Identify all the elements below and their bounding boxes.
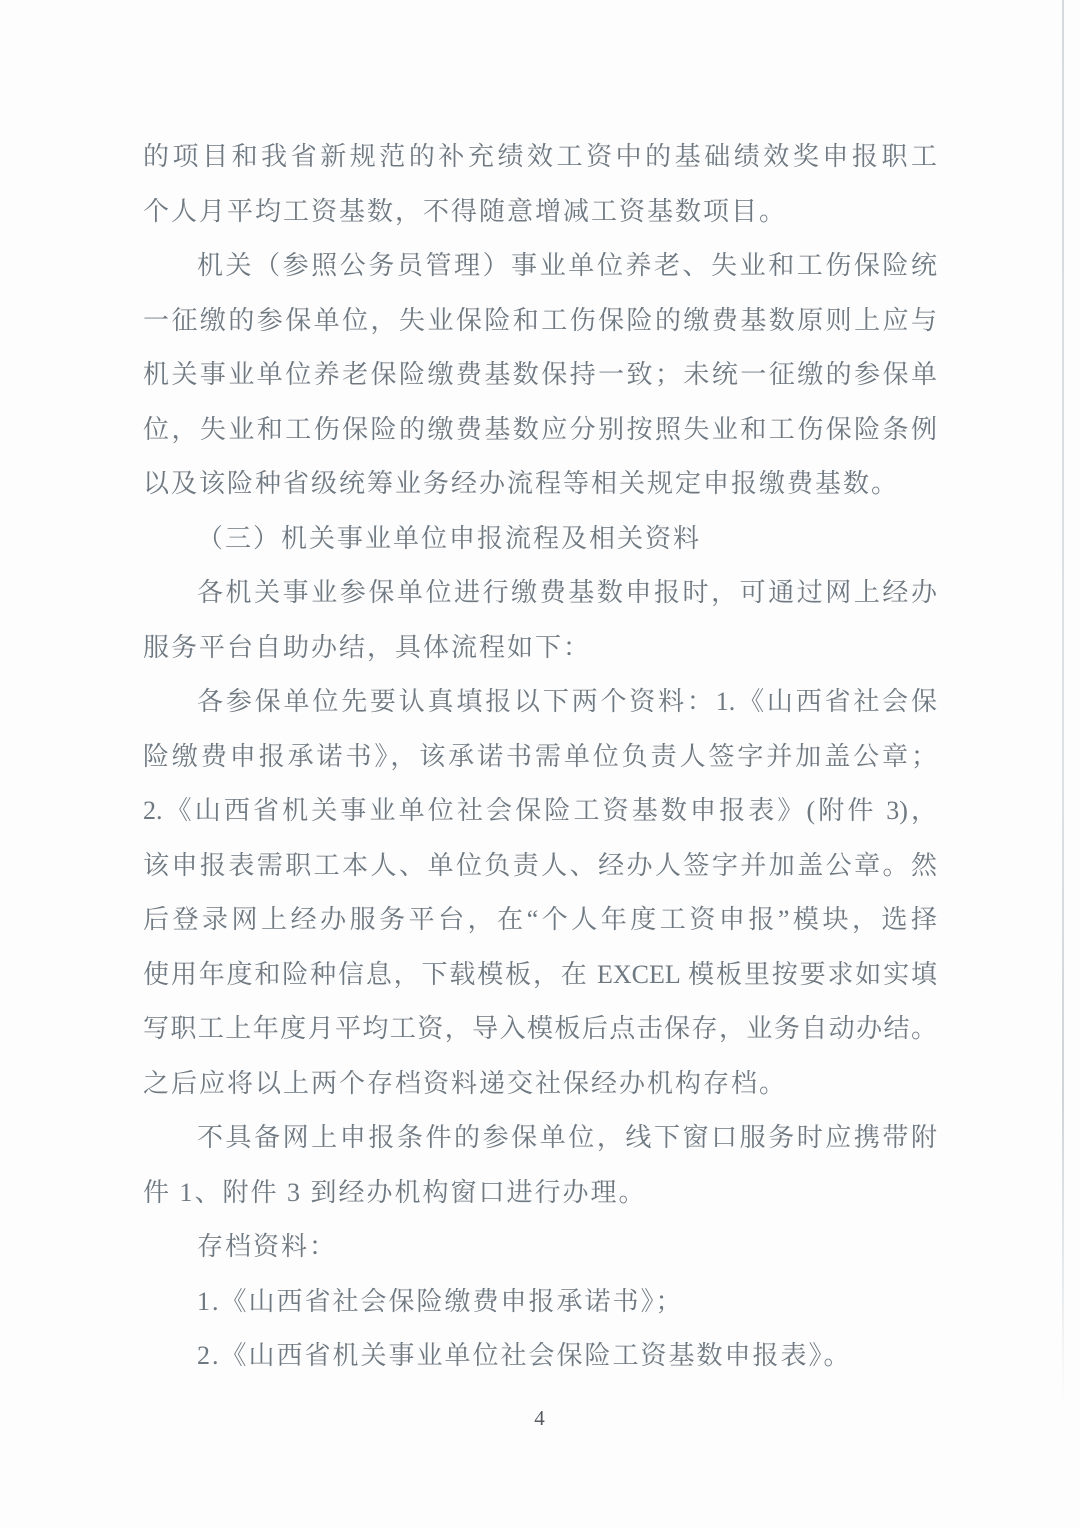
text-line: 2.《山西省机关事业单位社会保险工资基数申报表》(附件 3)， — [143, 784, 937, 839]
document-page: 的项目和我省新规范的补充绩效工资中的基础绩效奖申报职工 个人月平均工资基数，不得… — [0, 0, 1080, 1528]
text-line: 位，失业和工伤保险的缴费基数应分别按照失业和工伤保险条例 — [143, 403, 937, 458]
text-line: 该申报表需职工本人、单位负责人、经办人签字并加盖公章。然 — [143, 839, 937, 894]
text-line: 的项目和我省新规范的补充绩效工资中的基础绩效奖申报职工 — [143, 130, 937, 185]
text-line: 各参保单位先要认真填报以下两个资料：1.《山西省社会保 — [143, 675, 937, 730]
text-line: 机关（参照公务员管理）事业单位养老、失业和工伤保险统 — [143, 239, 937, 294]
text-line: 存档资料： — [143, 1220, 937, 1275]
text-line: 险缴费申报承诺书》，该承诺书需单位负责人签字并加盖公章； — [143, 730, 937, 785]
text-line: 各机关事业参保单位进行缴费基数申报时，可通过网上经办 — [143, 566, 937, 621]
text-line: 机关事业单位养老保险缴费基数保持一致；未统一征缴的参保单 — [143, 348, 937, 403]
text-line: 写职工上年度月平均工资，导入模板后点击保存，业务自动办结。 — [143, 1002, 937, 1057]
text-line: 以及该险种省级统筹业务经办流程等相关规定申报缴费基数。 — [143, 457, 937, 512]
text-line: 服务平台自助办结，具体流程如下： — [143, 621, 937, 676]
text-line: 一征缴的参保单位，失业保险和工伤保险的缴费基数原则上应与 — [143, 294, 937, 349]
text-line: 之后应将以上两个存档资料递交社保经办机构存档。 — [143, 1057, 937, 1112]
document-text-block: 的项目和我省新规范的补充绩效工资中的基础绩效奖申报职工 个人月平均工资基数，不得… — [143, 130, 937, 1384]
text-line: 个人月平均工资基数，不得随意增减工资基数项目。 — [143, 185, 937, 240]
scan-artifact-line — [1062, 0, 1064, 1406]
text-line: 使用年度和险种信息，下载模板，在 EXCEL 模板里按要求如实填 — [143, 948, 937, 1003]
text-line: 件 1、附件 3 到经办机构窗口进行办理。 — [143, 1166, 937, 1221]
list-item: 2.《山西省机关事业单位社会保险工资基数申报表》。 — [143, 1329, 937, 1384]
page-number: 4 — [0, 1406, 1080, 1431]
text-line: 不具备网上申报条件的参保单位，线下窗口服务时应携带附 — [143, 1111, 937, 1166]
section-heading: （三）机关事业单位申报流程及相关资料 — [143, 512, 937, 567]
list-item: 1.《山西省社会保险缴费申报承诺书》； — [143, 1275, 937, 1330]
text-line: 后登录网上经办服务平台，在“个人年度工资申报”模块，选择 — [143, 893, 937, 948]
